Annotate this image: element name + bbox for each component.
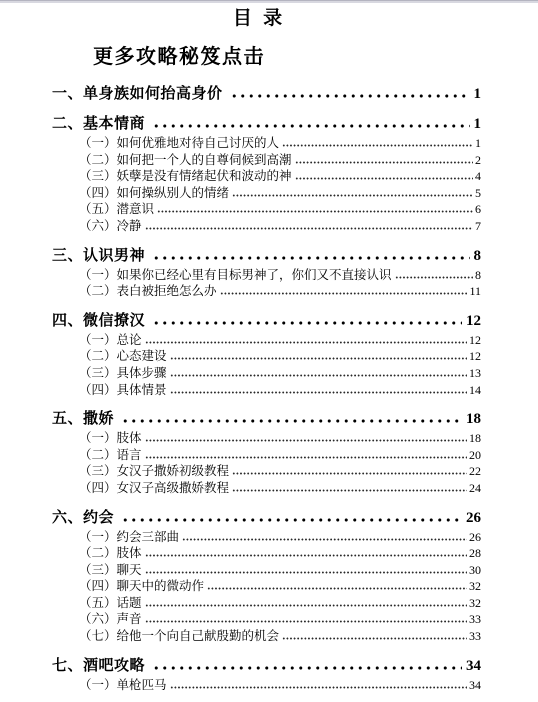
toc-sub-page-number: 33 — [469, 611, 481, 628]
toc-chapter-label: 五、撒娇 — [52, 410, 114, 428]
toc-chapter-row[interactable]: 七、酒吧攻略34 — [52, 657, 481, 675]
dot-leader — [232, 489, 467, 492]
toc-sub-label: （二）语言 — [79, 447, 142, 464]
dot-leader — [145, 554, 467, 557]
dot-leader — [145, 341, 467, 344]
toc-sub-label: （七）给他一个向自己献殷勤的机会 — [79, 628, 279, 645]
page-title: 目 录 — [0, 7, 528, 30]
toc-sub-label: （三）妖孽是没有情绪起伏和波动的神 — [79, 168, 292, 185]
toc-sub-page-number: 32 — [469, 595, 481, 612]
dot-leader — [282, 637, 467, 640]
toc-sub-page-number: 30 — [469, 562, 481, 579]
toc-sub-label: （一）约会三部曲 — [79, 529, 179, 546]
toc-chapter-page-number: 18 — [466, 410, 481, 428]
toc-sub-label: （四）女汉子高级撒娇教程 — [79, 480, 229, 497]
toc-sub-page-number: 7 — [475, 218, 481, 235]
toc-sub-page-number: 28 — [469, 545, 481, 562]
dot-leader — [121, 419, 462, 423]
dot-leader — [182, 538, 467, 541]
toc-chapter-page-number: 1 — [474, 85, 482, 103]
toc-sub-label: （二）如何把一个人的自尊伺候到高潮 — [79, 152, 292, 169]
toc-sub-row[interactable]: （三）女汉子撒娇初级教程22 — [52, 463, 481, 480]
toc-sub-row[interactable]: （一）约会三部曲26 — [52, 529, 481, 546]
toc-sub-row[interactable]: （一）如何优雅地对待自己讨厌的人1 — [52, 135, 481, 152]
toc-sub-row[interactable]: （三）聊天30 — [52, 562, 481, 579]
toc-sub-label: （四）聊天中的微动作 — [79, 578, 204, 595]
dot-leader — [282, 144, 473, 147]
toc-sub-row[interactable]: （三）具体步骤13 — [52, 365, 481, 382]
toc-sub-label: （二）心态建设 — [79, 348, 167, 365]
dot-leader — [145, 604, 467, 607]
toc-sub-page-number: 34 — [469, 677, 481, 694]
toc-sub-label: （一）总论 — [79, 332, 142, 349]
document-page: { "page": { "title": "目 录", "promo_link"… — [0, 0, 538, 702]
toc-sub-page-number: 11 — [469, 283, 481, 300]
toc-sub-page-number: 24 — [469, 480, 481, 497]
toc-sub-page-number: 1 — [475, 135, 481, 152]
dot-leader — [157, 210, 473, 213]
toc-sub-page-number: 2 — [475, 152, 481, 169]
toc-sub-row[interactable]: （六）声音33 — [52, 611, 481, 628]
toc-sub-label: （三）具体步骤 — [79, 365, 167, 382]
toc-sub-page-number: 12 — [469, 348, 481, 365]
toc-sub-row[interactable]: （四）女汉子高级撒娇教程24 — [52, 480, 481, 497]
toc-sub-page-number: 33 — [469, 628, 481, 645]
toc-sub-page-number: 13 — [469, 365, 481, 382]
toc-chapter-label: 四、微信撩汉 — [52, 312, 145, 330]
toc-chapter-row[interactable]: 三、认识男神8 — [52, 247, 481, 265]
dot-leader — [220, 292, 468, 295]
toc-sub-row[interactable]: （四）具体情景14 — [52, 382, 481, 399]
toc-sub-row[interactable]: （四）聊天中的微动作32 — [52, 578, 481, 595]
dot-leader — [295, 161, 473, 164]
toc-sub-row[interactable]: （一）肢体18 — [52, 430, 481, 447]
toc-sub-page-number: 26 — [469, 529, 481, 546]
dot-leader — [170, 686, 467, 689]
toc-sub-label: （六）声音 — [79, 611, 142, 628]
toc-sub-label: （二）肢体 — [79, 545, 142, 562]
dot-leader — [170, 391, 467, 394]
toc-sub-label: （二）表白被拒绝怎么办 — [79, 283, 217, 300]
toc-sub-row[interactable]: （五）潜意识6 — [52, 201, 481, 218]
toc-sub-row[interactable]: （五）话题32 — [52, 595, 481, 612]
toc-sub-row[interactable]: （二）心态建设12 — [52, 348, 481, 365]
toc-sub-row[interactable]: （七）给他一个向自己献殷勤的机会33 — [52, 628, 481, 645]
toc-sub-row[interactable]: （二）语言20 — [52, 447, 481, 464]
dot-leader — [121, 518, 462, 522]
toc-chapter-label: 二、基本情商 — [52, 115, 145, 133]
toc-sub-page-number: 4 — [475, 168, 481, 185]
toc-sub-label: （五）话题 — [79, 595, 142, 612]
toc-sub-page-number: 18 — [469, 430, 481, 447]
dot-leader — [145, 620, 467, 623]
toc-sub-page-number: 5 — [475, 185, 481, 202]
toc-sub-label: （一）单枪匹马 — [79, 677, 167, 694]
dot-leader — [145, 227, 473, 230]
dot-leader — [170, 357, 467, 360]
dot-leader — [295, 177, 473, 180]
promo-link[interactable]: 更多攻略秘笈点击 — [93, 44, 538, 70]
toc-sub-row[interactable]: （一）总论12 — [52, 332, 481, 349]
toc-sub-row[interactable]: （一）单枪匹马34 — [52, 677, 481, 694]
toc-chapter-row[interactable]: 一、单身族如何抬高身价1 — [52, 85, 481, 103]
toc-sub-page-number: 20 — [469, 447, 481, 464]
toc-sub-page-number: 14 — [469, 382, 481, 399]
toc-sub-label: （一）如果你已经心里有目标男神了，你们又不直接认识 — [79, 267, 392, 284]
toc-sub-label: （一）如何优雅地对待自己讨厌的人 — [79, 135, 279, 152]
dot-leader — [232, 194, 473, 197]
toc-chapter-label: 七、酒吧攻略 — [52, 657, 145, 675]
toc-sub-row[interactable]: （四）如何操纵别人的情绪5 — [52, 185, 481, 202]
toc-chapter-page-number: 12 — [466, 312, 481, 330]
toc-sub-row[interactable]: （三）妖孽是没有情绪起伏和波动的神4 — [52, 168, 481, 185]
toc-chapter-page-number: 34 — [466, 657, 481, 675]
toc-chapter-row[interactable]: 二、基本情商1 — [52, 115, 481, 133]
toc-sub-page-number: 32 — [469, 578, 481, 595]
toc-sub-label: （六）冷静 — [79, 218, 142, 235]
toc-sub-label: （四）如何操纵别人的情绪 — [79, 185, 229, 202]
dot-leader — [152, 321, 462, 325]
dot-leader — [145, 571, 467, 574]
dot-leader — [232, 472, 467, 475]
toc-chapter-page-number: 1 — [474, 115, 482, 133]
toc-sub-row[interactable]: （二）肢体28 — [52, 545, 481, 562]
toc-sub-row[interactable]: （一）如果你已经心里有目标男神了，你们又不直接认识8 — [52, 267, 481, 284]
toc-sub-row[interactable]: （二）表白被拒绝怎么办11 — [52, 283, 481, 300]
toc-sub-page-number: 6 — [475, 201, 481, 218]
dot-leader — [170, 374, 467, 377]
toc-chapter-label: 三、认识男神 — [52, 247, 145, 265]
toc: 一、单身族如何抬高身价1二、基本情商1（一）如何优雅地对待自己讨厌的人1（二）如… — [0, 85, 538, 693]
dot-leader — [145, 456, 467, 459]
toc-chapter-row[interactable]: 五、撒娇18 — [52, 410, 481, 428]
toc-sub-label: （五）潜意识 — [79, 201, 154, 218]
toc-chapter-page-number: 26 — [466, 509, 481, 527]
toc-chapter-page-number: 8 — [474, 247, 482, 265]
toc-sub-page-number: 8 — [475, 267, 481, 284]
toc-sub-label: （一）肢体 — [79, 430, 142, 447]
toc-sub-label: （四）具体情景 — [79, 382, 167, 399]
dot-leader — [395, 276, 473, 279]
toc-sub-label: （三）女汉子撒娇初级教程 — [79, 463, 229, 480]
dot-leader — [230, 94, 470, 98]
dot-leader — [152, 124, 469, 128]
toc-sub-page-number: 22 — [469, 463, 481, 480]
toc-chapter-row[interactable]: 四、微信撩汉12 — [52, 312, 481, 330]
toc-sub-row[interactable]: （六）冷静7 — [52, 218, 481, 235]
page-top-edge — [0, 0, 538, 3]
dot-leader — [207, 587, 467, 590]
dot-leader — [152, 666, 462, 670]
toc-chapter-label: 一、单身族如何抬高身价 — [52, 85, 223, 103]
toc-sub-label: （三）聊天 — [79, 562, 142, 579]
toc-sub-page-number: 12 — [469, 332, 481, 349]
toc-chapter-label: 六、约会 — [52, 509, 114, 527]
toc-sub-row[interactable]: （二）如何把一个人的自尊伺候到高潮2 — [52, 152, 481, 169]
dot-leader — [152, 256, 469, 260]
dot-leader — [145, 439, 467, 442]
toc-chapter-row[interactable]: 六、约会26 — [52, 509, 481, 527]
